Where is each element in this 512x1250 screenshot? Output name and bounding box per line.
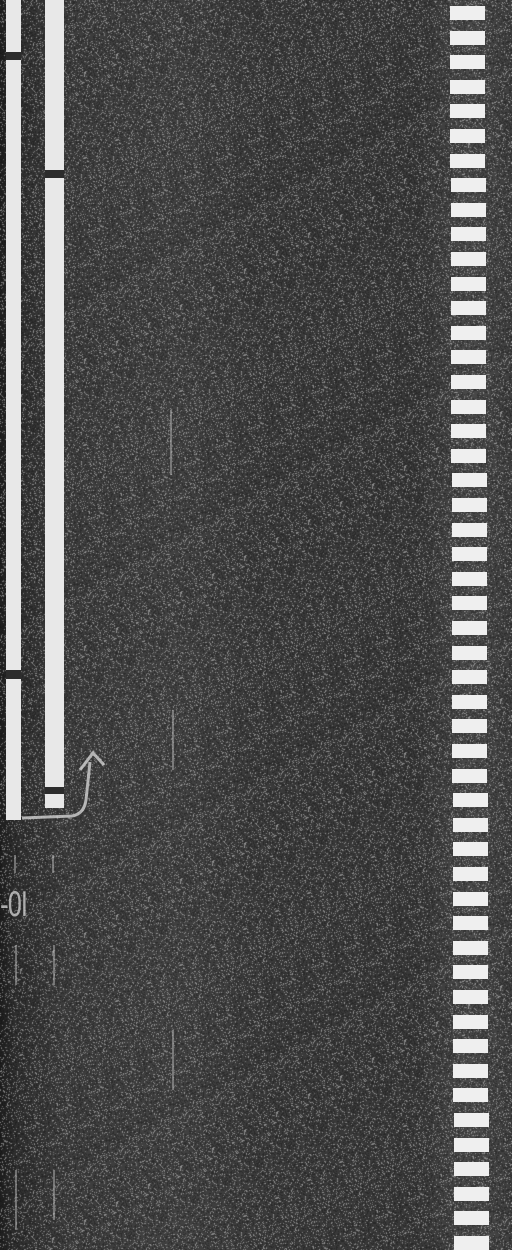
- crossbar-mark: [453, 990, 488, 1004]
- asphalt-texture: [0, 0, 512, 1250]
- crossbar-mark: [450, 104, 485, 118]
- crossbar-mark: [451, 350, 486, 364]
- crossbar-mark: [454, 1236, 489, 1250]
- crossbar-mark: [450, 80, 485, 94]
- crossbar-mark: [453, 842, 488, 856]
- crossbar-mark: [453, 1064, 488, 1078]
- crossbar-mark: [453, 892, 488, 906]
- crossbar-mark: [453, 1015, 488, 1029]
- crossbar-mark: [452, 621, 487, 635]
- center-lane-dash: [172, 1030, 174, 1090]
- crossbar-mark: [452, 695, 487, 709]
- faint-dash: [14, 855, 16, 873]
- turn-arrow-icon: [0, 740, 120, 830]
- crossbar-mark: [450, 6, 485, 20]
- crossbar-mark: [451, 301, 486, 315]
- crossbar-mark: [454, 1138, 489, 1152]
- crossbar-mark: [451, 424, 486, 438]
- center-lane-dash: [170, 410, 172, 475]
- crossbar-mark: [451, 400, 486, 414]
- crossbar-mark: [454, 1162, 489, 1176]
- crossbar-mark: [450, 31, 485, 45]
- crossbar-mark: [452, 719, 487, 733]
- faint-dash: [52, 855, 54, 873]
- crossbar-mark: [452, 646, 487, 660]
- painted-road-text: -0I: [0, 885, 27, 925]
- left-inner-lane-line: [45, 0, 64, 808]
- crossbar-mark: [452, 769, 487, 783]
- crossbar-mark: [452, 547, 487, 561]
- crossbar-mark: [450, 129, 485, 143]
- left-outer-lane-line: [6, 0, 21, 820]
- faint-dash: [53, 1170, 55, 1220]
- crossbar-mark: [453, 818, 488, 832]
- crossbar-mark: [452, 670, 487, 684]
- crossbar-mark: [450, 154, 485, 168]
- crossbar-mark: [451, 449, 486, 463]
- crossbar-mark: [451, 277, 486, 291]
- crossbar-mark: [452, 572, 487, 586]
- crossbar-mark: [453, 916, 488, 930]
- crossbar-mark: [454, 1211, 489, 1225]
- crossbar-mark: [453, 941, 488, 955]
- crossbar-mark: [453, 1039, 488, 1053]
- lane-line-break: [6, 52, 21, 60]
- lane-line-break: [6, 670, 21, 679]
- crossbar-mark: [454, 1187, 489, 1201]
- crossbar-mark: [451, 227, 486, 241]
- crossbar-mark: [451, 203, 486, 217]
- crossbar-mark: [451, 326, 486, 340]
- lane-line-break: [45, 170, 64, 178]
- crossbar-mark: [453, 965, 488, 979]
- crossbar-mark: [452, 744, 487, 758]
- crossbar-mark: [451, 252, 486, 266]
- crossbar-mark: [453, 1088, 488, 1102]
- crossbar-mark: [451, 178, 486, 192]
- crossbar-mark: [452, 523, 487, 537]
- center-lane-dash: [172, 710, 174, 770]
- crossbar-mark: [451, 375, 486, 389]
- crossbar-mark: [452, 498, 487, 512]
- crossbar-mark: [453, 867, 488, 881]
- crossbar-mark: [453, 793, 488, 807]
- faint-dash: [53, 945, 55, 985]
- faint-dash: [15, 945, 17, 985]
- crossbar-mark: [454, 1113, 489, 1127]
- road-aerial-image: -0I: [0, 0, 512, 1250]
- crossbar-mark: [450, 55, 485, 69]
- crossbar-mark: [452, 473, 487, 487]
- crossbar-mark: [452, 596, 487, 610]
- faint-dash: [15, 1170, 17, 1230]
